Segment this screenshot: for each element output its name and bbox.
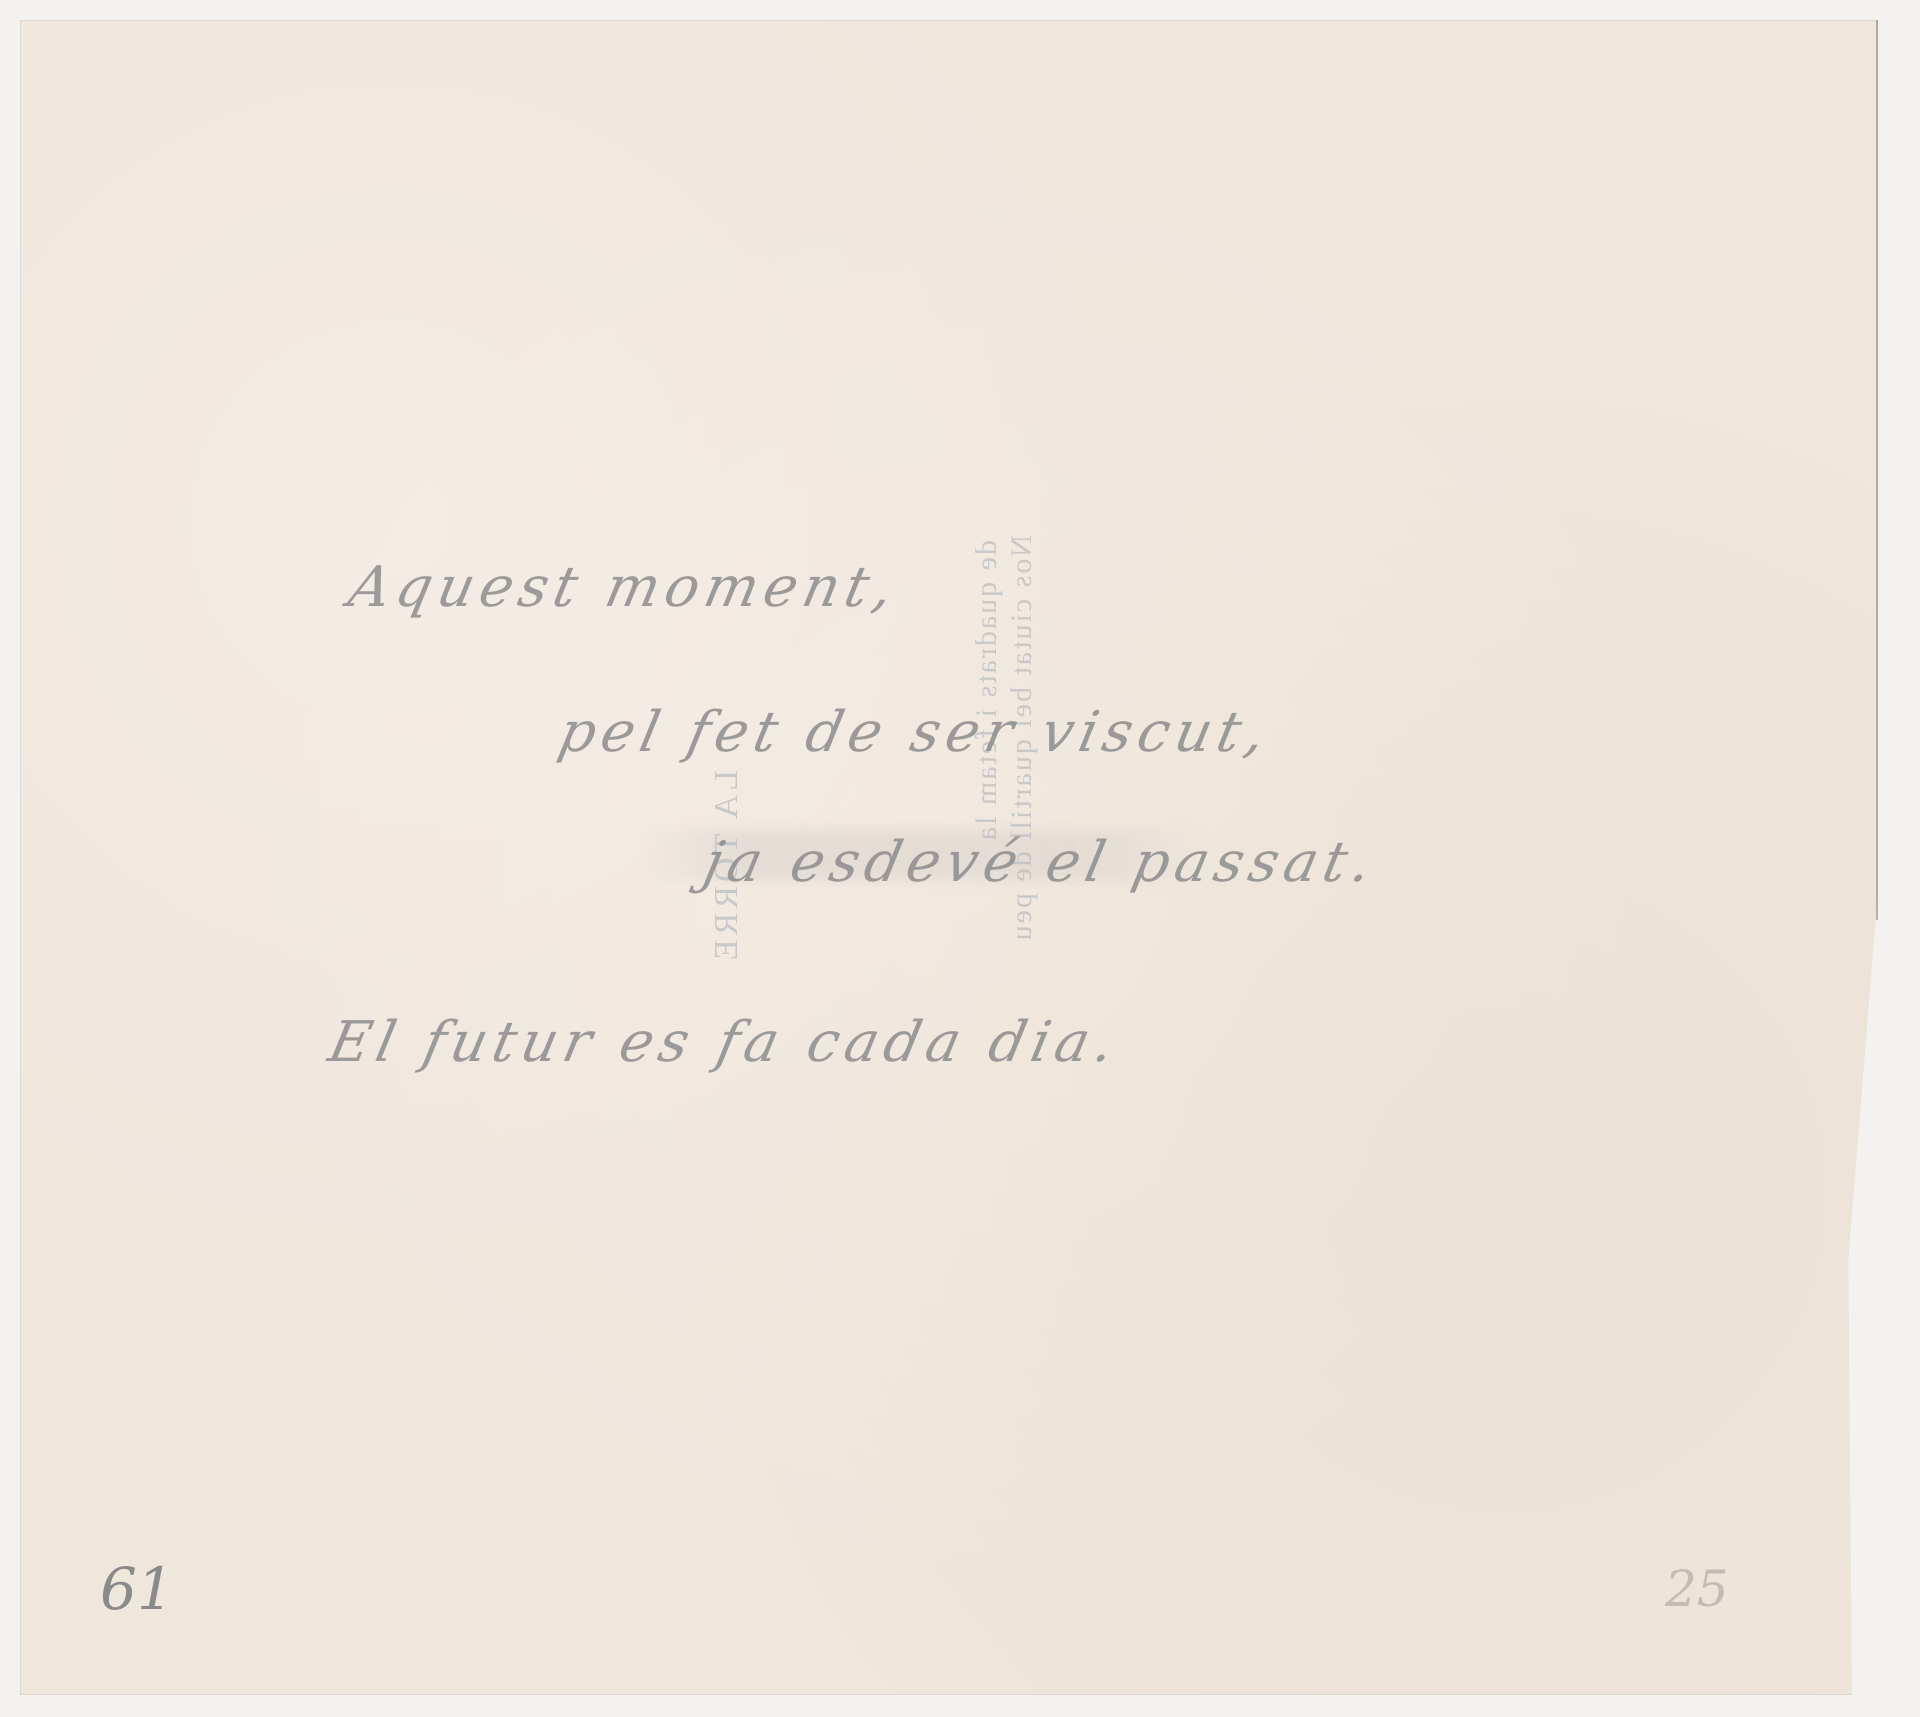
poem-line-3: ja esdevé el passat.	[698, 830, 1383, 895]
show-through-line-b: de quadrats i fetam la	[970, 540, 1004, 842]
poem-line-4: El futur es fa cada dia.	[323, 1010, 1126, 1075]
paper-edge	[1876, 20, 1878, 920]
poem-line-1: Aquest moment,	[343, 555, 905, 620]
poem-line-2: pel fet de ser viscut,	[553, 700, 1277, 765]
page-number-left: 61	[100, 1555, 174, 1623]
page-number-right: 25	[1665, 1560, 1729, 1618]
